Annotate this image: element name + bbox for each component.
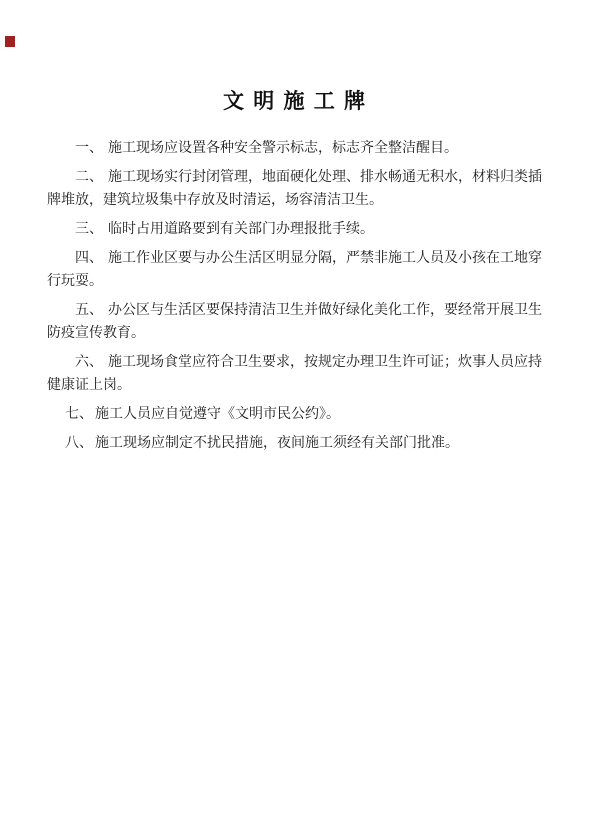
- item-4-text: 施工作业区要与办公生活区明显分隔，严禁非施工人员及小孩在工地穿: [108, 251, 542, 266]
- item-8-number: 八、: [65, 436, 93, 451]
- item-1-line-1: 一、施工现场应设置各种安全警示标志，标志齐全整洁醒目。: [47, 137, 547, 160]
- regulation-item-4: 四、施工作业区要与办公生活区明显分隔，严禁非施工人员及小孩在工地穿 行玩耍。: [47, 247, 547, 293]
- item-8-line-1: 八、施工现场应制定不扰民措施，夜间施工须经有关部门批准。: [47, 432, 547, 455]
- regulation-item-1: 一、施工现场应设置各种安全警示标志，标志齐全整洁醒目。: [47, 137, 547, 160]
- document-title: 文 明 施 工 牌: [0, 0, 590, 113]
- item-2-text: 施工现场实行封闭管理，地面硬化处理、排水畅通无积水，材料归类插: [108, 170, 542, 185]
- item-2-line-1: 二、施工现场实行封闭管理，地面硬化处理、排水畅通无积水，材料归类插: [47, 166, 547, 189]
- item-4-number: 四、: [75, 251, 103, 266]
- item-6-text: 施工现场食堂应符合卫生要求，按规定办理卫生许可证；炊事人员应持: [108, 355, 542, 370]
- item-3-text: 临时占用道路要到有关部门办理报批手续。: [108, 222, 374, 237]
- item-2-number: 二、: [75, 170, 103, 185]
- item-6-line-2: 健康证上岗。: [47, 374, 547, 397]
- item-5-number: 五、: [75, 303, 103, 318]
- item-4-line-2: 行玩耍。: [47, 270, 547, 293]
- item-1-number: 一、: [75, 141, 103, 156]
- regulation-item-5: 五、办公区与生活区要保持清洁卫生并做好绿化美化工作，要经常开展卫生 防疫宣传教育…: [47, 299, 547, 345]
- item-8-text: 施工现场应制定不扰民措施，夜间施工须经有关部门批准。: [95, 436, 459, 451]
- item-2-line-2: 牌堆放，建筑垃圾集中存放及时清运，场容清洁卫生。: [47, 189, 547, 212]
- document-page: 文 明 施 工 牌 一、施工现场应设置各种安全警示标志，标志齐全整洁醒目。 二、…: [0, 0, 590, 835]
- regulation-item-7: 七、施工人员应自觉遵守《文明市民公约》。: [47, 403, 547, 426]
- item-5-line-1: 五、办公区与生活区要保持清洁卫生并做好绿化美化工作，要经常开展卫生: [47, 299, 547, 322]
- item-5-line-2: 防疫宣传教育。: [47, 322, 547, 345]
- item-7-line-1: 七、施工人员应自觉遵守《文明市民公约》。: [47, 403, 547, 426]
- red-scan-mark: [5, 36, 15, 47]
- item-3-line-1: 三、临时占用道路要到有关部门办理报批手续。: [47, 218, 547, 241]
- regulation-item-3: 三、临时占用道路要到有关部门办理报批手续。: [47, 218, 547, 241]
- item-6-number: 六、: [75, 355, 103, 370]
- item-7-number: 七、: [65, 407, 93, 422]
- item-3-number: 三、: [75, 222, 103, 237]
- item-4-line-1: 四、施工作业区要与办公生活区明显分隔，严禁非施工人员及小孩在工地穿: [47, 247, 547, 270]
- regulation-item-6: 六、施工现场食堂应符合卫生要求，按规定办理卫生许可证；炊事人员应持 健康证上岗。: [47, 351, 547, 397]
- document-body: 一、施工现场应设置各种安全警示标志，标志齐全整洁醒目。 二、施工现场实行封闭管理…: [0, 137, 590, 455]
- item-6-line-1: 六、施工现场食堂应符合卫生要求，按规定办理卫生许可证；炊事人员应持: [47, 351, 547, 374]
- regulation-item-2: 二、施工现场实行封闭管理，地面硬化处理、排水畅通无积水，材料归类插 牌堆放，建筑…: [47, 166, 547, 212]
- item-1-text: 施工现场应设置各种安全警示标志，标志齐全整洁醒目。: [108, 141, 458, 156]
- item-7-text: 施工人员应自觉遵守《文明市民公约》。: [95, 407, 340, 422]
- regulation-item-8: 八、施工现场应制定不扰民措施，夜间施工须经有关部门批准。: [47, 432, 547, 455]
- item-5-text: 办公区与生活区要保持清洁卫生并做好绿化美化工作，要经常开展卫生: [108, 303, 542, 318]
